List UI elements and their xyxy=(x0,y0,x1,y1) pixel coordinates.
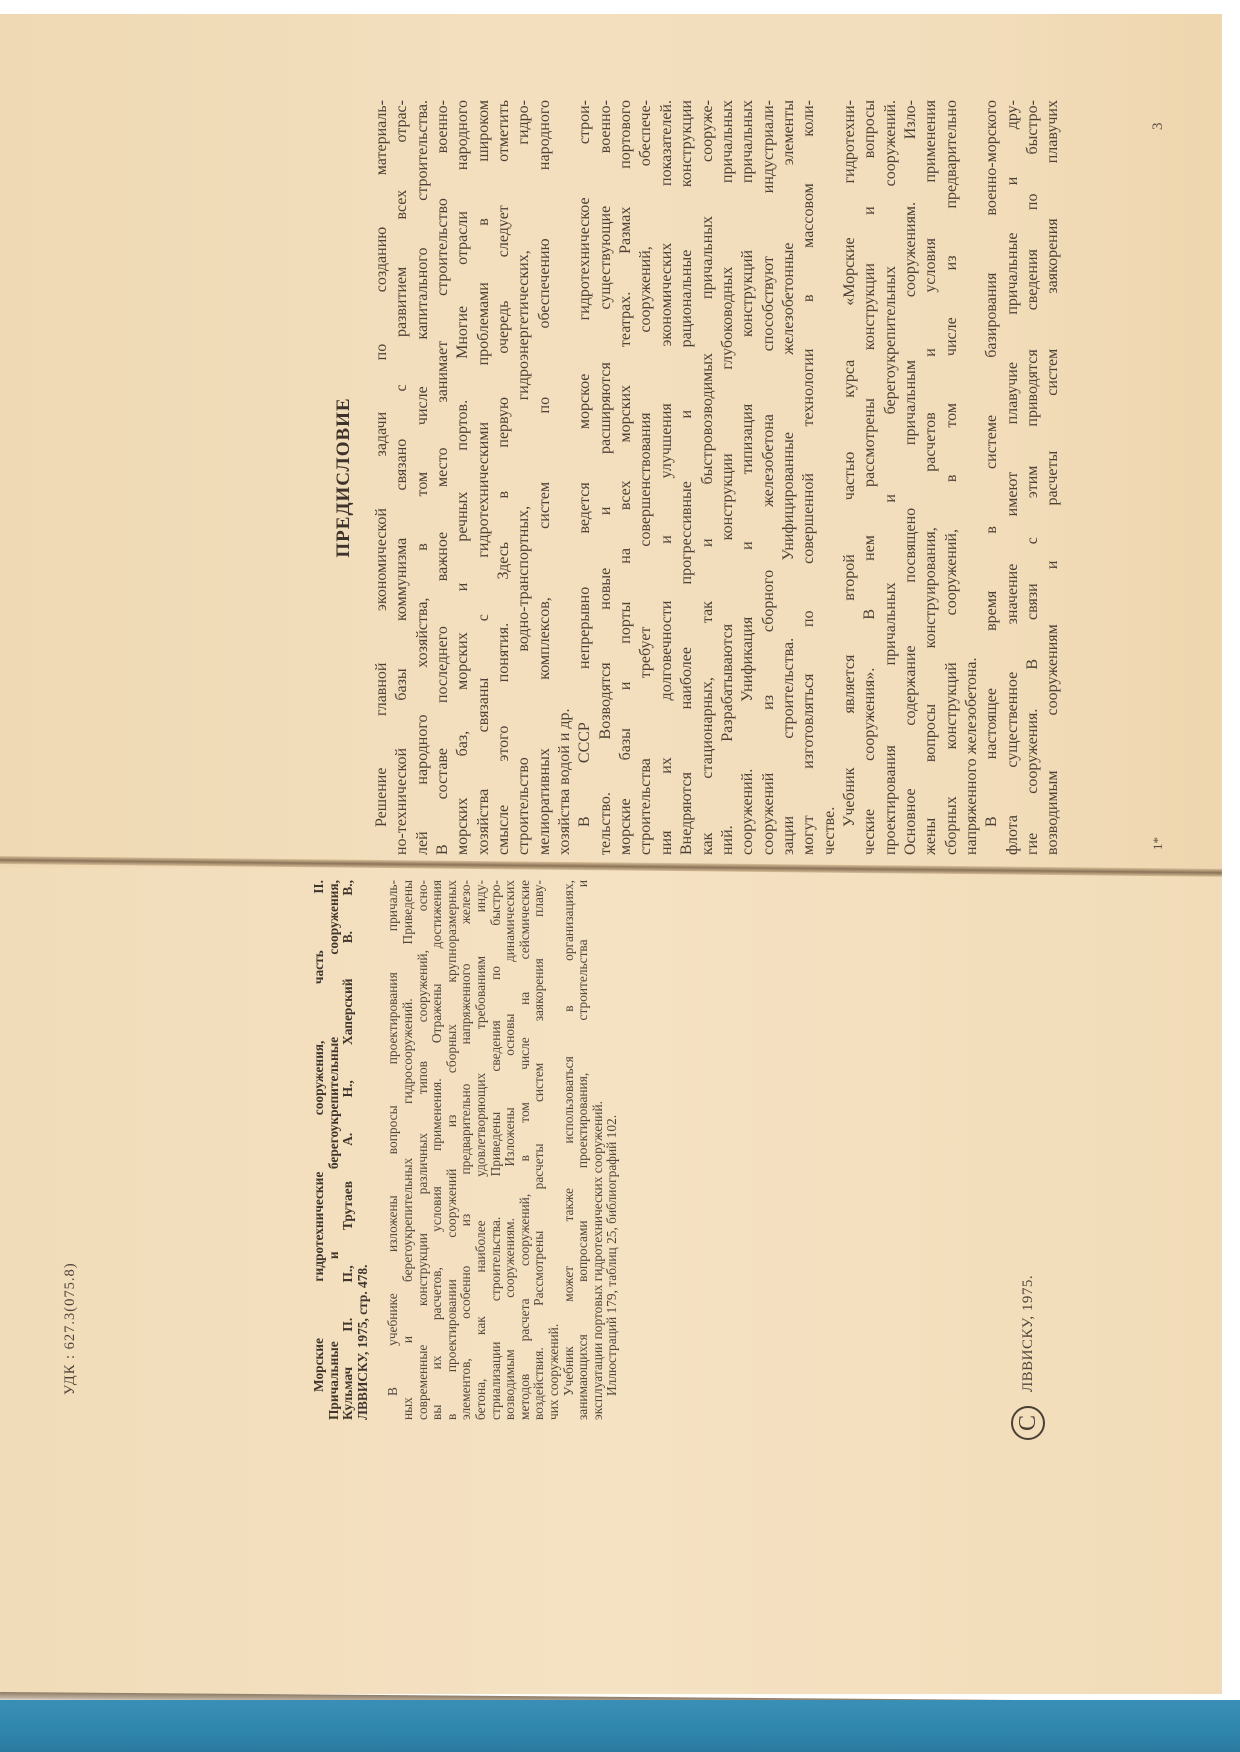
text-line: В учебнике изложены вопросы проектирован… xyxy=(386,880,401,1420)
publisher-year: ЛВВИСКУ, 1975. xyxy=(1020,1275,1037,1392)
text-line: ний. Разрабатываются конструкции глубоко… xyxy=(718,100,738,855)
text-line: морских баз, морских и речных портов. Мн… xyxy=(453,100,473,855)
page-number: 3 xyxy=(1150,112,1170,130)
preface-body: Решение главной экономической задачи по … xyxy=(372,100,1064,855)
text-line: чих сооружений. xyxy=(547,880,562,1420)
copyright-icon: C xyxy=(1011,1406,1045,1440)
copyright-block: C ЛВВИСКУ, 1975. xyxy=(1008,1200,1048,1440)
text-line: но-технической базы коммунизма связано с… xyxy=(392,100,412,855)
text-line: Решение главной экономической задачи по … xyxy=(372,100,392,855)
text-line: Иллюстраций 179, таблиц 25, библиографий… xyxy=(605,880,620,1420)
annotation-page: Морские гидротехнические сооружения, час… xyxy=(312,880,732,1420)
text-line: морские базы и порты на всех морских теа… xyxy=(616,100,636,855)
text-line: методов расчета сооружений, в том числе … xyxy=(518,880,533,1420)
text-line: строительство водно-транспортных, гидроэ… xyxy=(514,100,534,855)
text-line: возводимым сооружениям. Изложены основы … xyxy=(503,880,518,1420)
text-line: сооружений из сборного железобетона спос… xyxy=(759,100,779,855)
text-line: Учебник является второй частью курса «Мо… xyxy=(840,100,860,855)
text-line: напряженного железобетона. xyxy=(962,100,982,855)
text-line: могут изготовляться по совершенной техно… xyxy=(799,100,819,855)
preface-title: ПРЕДИСЛОВИЕ xyxy=(330,100,358,855)
text-line: лей народного хозяйства, в том числе кап… xyxy=(413,100,433,855)
text-line: вы их расчетов, условия применения. Отра… xyxy=(430,880,445,1420)
text-line: В составе последнего важное место занима… xyxy=(433,100,453,855)
text-line: воздействия. Рассмотрены расчеты систем … xyxy=(532,880,547,1420)
text-line: хозяйства связаны с гидротехническими пр… xyxy=(474,100,494,855)
text-line: бетона, как наиболее удовлетворяющих тре… xyxy=(474,880,489,1420)
text-line: В СССР непрерывно ведется морское гидрот… xyxy=(575,100,595,855)
heading-line: ЛВВИСКУ, 1975, стр. 478. xyxy=(356,880,371,1420)
text-line: зации строительства. Унифицированные жел… xyxy=(779,100,799,855)
preface-page: ПРЕДИСЛОВИЕ Решение главной экономическо… xyxy=(330,100,1170,855)
text-line: как стационарных, так и быстровозводимых… xyxy=(698,100,718,855)
book-cover-blue xyxy=(0,1700,1240,1752)
text-line: элементов, особенно из предварительно на… xyxy=(459,880,474,1420)
udk-code: УДК : 627.3(075.8) xyxy=(62,1175,84,1395)
heading-line: Кульмач П. П., Трутаев А. Н., Хаперский … xyxy=(341,880,356,1420)
abstract-body: В учебнике изложены вопросы проектирован… xyxy=(386,880,620,1420)
text-line: ния их долговечности и улучшения экономи… xyxy=(657,100,677,855)
text-line: тельство. Возводятся новые и расширяются… xyxy=(596,100,616,855)
text-line: честве. xyxy=(820,100,840,855)
text-line: гие сооружения. В связи с этим приводятс… xyxy=(1023,100,1043,855)
text-line: смысле этого понятия. Здесь в первую оче… xyxy=(494,100,514,855)
text-line: сборных конструкций сооружений, в том чи… xyxy=(942,100,962,855)
text-line: мелиоративных комплексов, систем по обес… xyxy=(535,100,555,855)
text-line: проектирования причальных и берегоукрепи… xyxy=(881,100,901,855)
text-line: строительства требует совершенствования … xyxy=(636,100,656,855)
text-line: современные конструкции различных типов … xyxy=(416,880,431,1420)
text-line: хозяйства водой и др. xyxy=(555,100,575,855)
text-line: сооружений. Унификация и типизация конст… xyxy=(738,100,758,855)
text-line: эксплуатации портовых гидротехнических с… xyxy=(591,880,606,1420)
text-line: флота существенное значение имеют плавуч… xyxy=(1003,100,1023,855)
text-line: Учебник может также использоваться в орг… xyxy=(562,880,577,1420)
text-line: ческие сооружения». В нем рассмотрены ко… xyxy=(860,100,880,855)
signature-mark: 1* xyxy=(1150,837,1166,850)
text-line: Внедряются наиболее прогрессивные и раци… xyxy=(677,100,697,855)
text-line: Основное содержание посвящено причальным… xyxy=(901,100,921,855)
text-line: возводимым сооружениям и расчеты систем … xyxy=(1043,100,1063,855)
text-line: в проектировании сооружений из сборных к… xyxy=(445,880,460,1420)
text-line: ных и берегоукрепительных гидросооружени… xyxy=(401,880,416,1420)
text-line: жены вопросы конструирования, расчетов и… xyxy=(921,100,941,855)
heading-line: Морские гидротехнические сооружения, час… xyxy=(312,880,327,1420)
text-line: В настоящее время в системе базирования … xyxy=(982,100,1002,855)
scan-margin xyxy=(1222,0,1240,1700)
bibliographic-heading: Морские гидротехнические сооружения, час… xyxy=(312,880,370,1420)
text-line: стриализации строительства. Приведены св… xyxy=(489,880,504,1420)
heading-line: Причальные и берегоукрепительные сооруже… xyxy=(327,880,342,1420)
text-line: занимающихся вопросами проектирования, с… xyxy=(576,880,591,1420)
